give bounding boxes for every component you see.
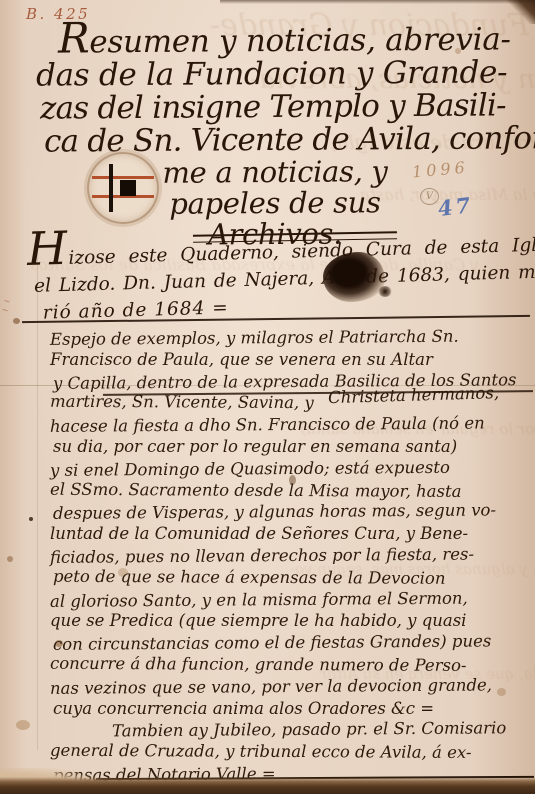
body-line: su dia, por caer por lo regular en seman… [53, 436, 530, 458]
binding-edge [0, 777, 535, 794]
closing-line: general de Cruzada, y tribunal ecco de A… [50, 740, 530, 764]
seal-black-bar [109, 164, 113, 213]
intro-note: Hizose este Quaderno, siendo Cura de est… [27, 230, 531, 327]
body-line: ficiados, pues no llevan derechos por la… [50, 543, 530, 569]
page-top-edge-shadow [220, 0, 535, 4]
body-line: nas vezinos que se vano, por ver la devo… [50, 674, 530, 700]
ink-blot-speck [378, 286, 392, 297]
body-line: concurre á dha funcion, grande numero de… [50, 653, 530, 677]
body-line: hacese la fiesta a dho Sn. Francisco de … [50, 412, 530, 438]
red-margin-scribble: ~~ [0, 297, 11, 316]
body-line: Espejo de exemplos, y milagros el Patria… [50, 325, 530, 351]
body-line: con circunstancias como el de fiestas Gr… [53, 630, 530, 656]
body-line: Francisco de Paula, que se venera en su … [50, 349, 530, 371]
body-line: luntad de la Comunidad de Señores Cura, … [50, 523, 530, 545]
seal-red-line [92, 176, 155, 179]
body-text: Espejo de exemplos, y milagros el Patria… [50, 327, 530, 785]
correction-insert: Christeta hermanos, [328, 383, 500, 410]
body-line: cuya concurrencia anima alos Oradores &c… [53, 698, 530, 720]
body-line: que se Predica (que siempre le ha habido… [50, 610, 530, 632]
fox-spot [16, 720, 30, 730]
body-line: despues de Visperas, y algunas horas mas… [53, 500, 530, 526]
title-line: Resumen y noticias, abrevia- [58, 18, 516, 59]
body-line: peto de que se hace á expensas de la Dev… [53, 566, 530, 590]
body-line: al glorioso Santo, y en la misma forma e… [50, 587, 530, 613]
manuscript-page: das de la Fundacion y Grande- Resumen y … [0, 0, 535, 794]
body-line: y si enel Domingo de Quasimodo; está exp… [50, 456, 530, 482]
fox-spot [7, 556, 13, 562]
fox-spot [13, 318, 20, 324]
ink-blot [323, 252, 385, 302]
margin-ink-dot [29, 517, 33, 521]
library-seal-stamp [87, 152, 159, 224]
seal-black-square [120, 180, 136, 196]
